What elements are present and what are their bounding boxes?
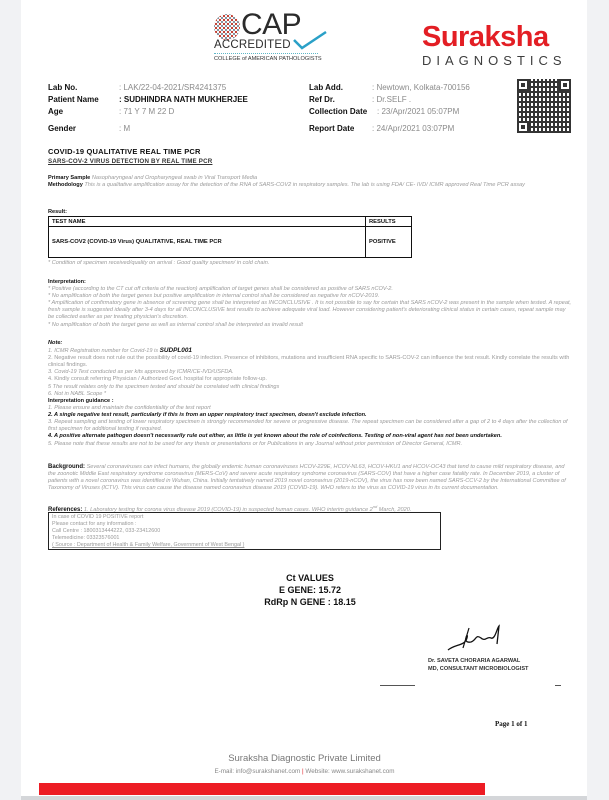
primary-sample-value: Nasopharyngeal and Oropharyngeal swab in… xyxy=(92,175,257,181)
qr-finder xyxy=(517,79,529,91)
age-label: Age xyxy=(48,107,63,116)
interpretation-item: * Positive (according to the CT cut off … xyxy=(48,286,572,293)
cap-accredited-logo: CAP ACCREDITED COLLEGE of AMERICAN PATHO… xyxy=(214,12,332,64)
qr-code xyxy=(517,79,571,133)
ct-values-title: Ct VALUES xyxy=(200,572,420,584)
sample-methodology: Primary Sample Nasopharyngeal and Oropha… xyxy=(48,175,572,189)
age-value: : 71 Y 7 M 22 D xyxy=(119,107,174,116)
contact-line: In case of COVID 19 POSITIVE report xyxy=(52,514,437,521)
page-number: Page 1 of 1 xyxy=(495,720,527,728)
result-label: Result: xyxy=(48,209,67,215)
contact-box: In case of COVID 19 POSITIVE report Plea… xyxy=(48,512,441,550)
brand-name: Suraksha xyxy=(422,22,590,52)
cap-divider xyxy=(214,53,318,54)
note-item: 3. Covid-19 Test conducted as per kits a… xyxy=(48,369,572,376)
test-title: COVID-19 QUALITATIVE REAL TIME PCR xyxy=(48,147,201,156)
gender-value: : M xyxy=(119,124,130,133)
cap-college-text: COLLEGE of AMERICAN PATHOLOGISTS xyxy=(214,56,322,62)
background-text: Several coronaviruses can infect humans,… xyxy=(48,464,566,491)
methodology-label: Methodology xyxy=(48,182,83,188)
signature-rule xyxy=(555,685,561,686)
lab-add-label: Lab Add. xyxy=(309,83,343,92)
report-date-value: : 24/Apr/2021 03:07PM xyxy=(372,124,454,133)
icmr-note: 1. ICMR Registration number for Covid-19… xyxy=(48,348,160,354)
patient-name-value: : SUDHINDRA NATH MUKHERJEE xyxy=(119,95,248,104)
guidance-item: 1. Please ensure and maintain the confid… xyxy=(48,405,572,412)
interpretation-label: Interpretation: xyxy=(48,279,572,286)
contact-line: Telemedicine: 03323576001 xyxy=(52,535,437,542)
background-label: Background: xyxy=(48,464,85,470)
collection-date-label: Collection Date xyxy=(309,107,367,116)
guidance-label: Interpretation guidance : xyxy=(48,398,572,405)
e-gene-value: E GENE: 15.72 xyxy=(200,584,420,596)
result-table: TEST NAME RESULTS SARS-COV2 (COVID-19 Vi… xyxy=(48,216,412,258)
signatory-designation: MD, CONSULTANT MICROBIOLOGIST xyxy=(428,666,528,674)
guidance-item: 3. Repeat sampling and testing of lower … xyxy=(48,419,572,433)
signature xyxy=(445,624,505,654)
icmr-code: SUDPL001 xyxy=(160,347,192,354)
checkmark-icon xyxy=(292,30,328,50)
footer-separator: | xyxy=(302,768,304,775)
footer-contact: E-mail: info@surakshanet.com | Website: … xyxy=(0,768,609,775)
ref-dr-label: Ref Dr. xyxy=(309,95,335,104)
lab-add-value: : Newtown, Kolkata-700156 xyxy=(372,83,470,92)
test-subtitle: SARS-COV-2 VIRUS DETECTION BY REAL TIME … xyxy=(48,158,212,165)
cap-accredited-text: ACCREDITED xyxy=(214,39,291,51)
brand-sub: DIAGNOSTICS xyxy=(422,53,590,68)
test-name-cell: SARS-COV2 (COVID-19 Virus) QUALITATIVE, … xyxy=(49,227,366,258)
interpretation-item: * No amplification of both the target ge… xyxy=(48,293,572,300)
footer-website[interactable]: Website: www.surakshanet.com xyxy=(305,768,394,775)
guidance-item: 2. A single negative test result, partic… xyxy=(48,412,572,419)
lab-no-value: : LAK/22-04-2021/SR4241375 xyxy=(119,83,226,92)
lab-no-label: Lab No. xyxy=(48,83,77,92)
ct-values: Ct VALUES E GENE: 15.72 RdRp N GENE : 18… xyxy=(200,572,420,608)
note-section: Note: 1. ICMR Registration number for Co… xyxy=(48,340,572,398)
page-edge xyxy=(21,796,587,800)
contact-line: ( Source : Department of Health & Family… xyxy=(52,542,437,549)
contact-line: Please contact for any information : xyxy=(52,521,437,528)
note-item: 5 The result relates only to the specime… xyxy=(48,384,572,391)
table-header-row: TEST NAME RESULTS xyxy=(49,217,412,227)
signatory-name: Dr. SAVETA CHORARIA AGARWAL xyxy=(428,658,528,666)
result-cell: POSITIVE xyxy=(366,227,412,258)
contact-line: Call Centre : 1800313444222, 033-2341260… xyxy=(52,528,437,535)
gender-label: Gender xyxy=(48,124,76,133)
condition-note: * Condition of specimen received/quality… xyxy=(48,260,572,267)
suraksha-logo: Suraksha DIAGNOSTICS xyxy=(422,22,590,68)
cap-dots-icon xyxy=(214,14,240,40)
patient-name-label: Patient Name xyxy=(48,95,99,104)
ref-dr-value: : Dr.SELF . xyxy=(372,95,411,104)
footer-red-bar xyxy=(39,783,485,795)
guidance-section: Interpretation guidance : 1. Please ensu… xyxy=(48,398,572,448)
footer-company: Suraksha Diagnostic Private Limited xyxy=(0,753,609,764)
table-row: SARS-COV2 (COVID-19 Virus) QUALITATIVE, … xyxy=(49,227,412,258)
signature-rule xyxy=(380,685,415,686)
rdrp-gene-value: RdRp N GENE : 18.15 xyxy=(200,596,420,608)
primary-sample-label: Primary Sample xyxy=(48,175,90,181)
signatory: Dr. SAVETA CHORARIA AGARWAL MD, CONSULTA… xyxy=(428,658,528,673)
methodology-value: This is a qualitative amplification assa… xyxy=(84,182,525,188)
interpretation-item: * Amplification of confirmatory gene in … xyxy=(48,300,572,321)
qr-finder xyxy=(517,121,529,133)
note-item: 6. Not in NABL Scope * xyxy=(48,391,572,398)
collection-date-value: : 23/Apr/2021 05:07PM xyxy=(377,107,459,116)
interpretation-section: Interpretation: * Positive (according to… xyxy=(48,279,572,329)
qr-finder xyxy=(559,79,571,91)
col-test-name: TEST NAME xyxy=(49,217,366,227)
background-section: Background: Several coronaviruses can in… xyxy=(48,464,572,492)
note-label: Note: xyxy=(48,340,572,347)
note-item: 4. Kindly consult referring Physician / … xyxy=(48,376,572,383)
guidance-item: 5. Please note that these results are no… xyxy=(48,441,572,448)
guidance-item: 4. A positive alternate pathogen doesn't… xyxy=(48,433,572,440)
note-item: 2. Negative result does not rule out the… xyxy=(48,355,572,369)
col-results: RESULTS xyxy=(366,217,412,227)
report-date-label: Report Date xyxy=(309,124,354,133)
interpretation-item: * No amplification of both the target ge… xyxy=(48,322,572,329)
footer-email[interactable]: E-mail: info@surakshanet.com xyxy=(214,768,300,775)
